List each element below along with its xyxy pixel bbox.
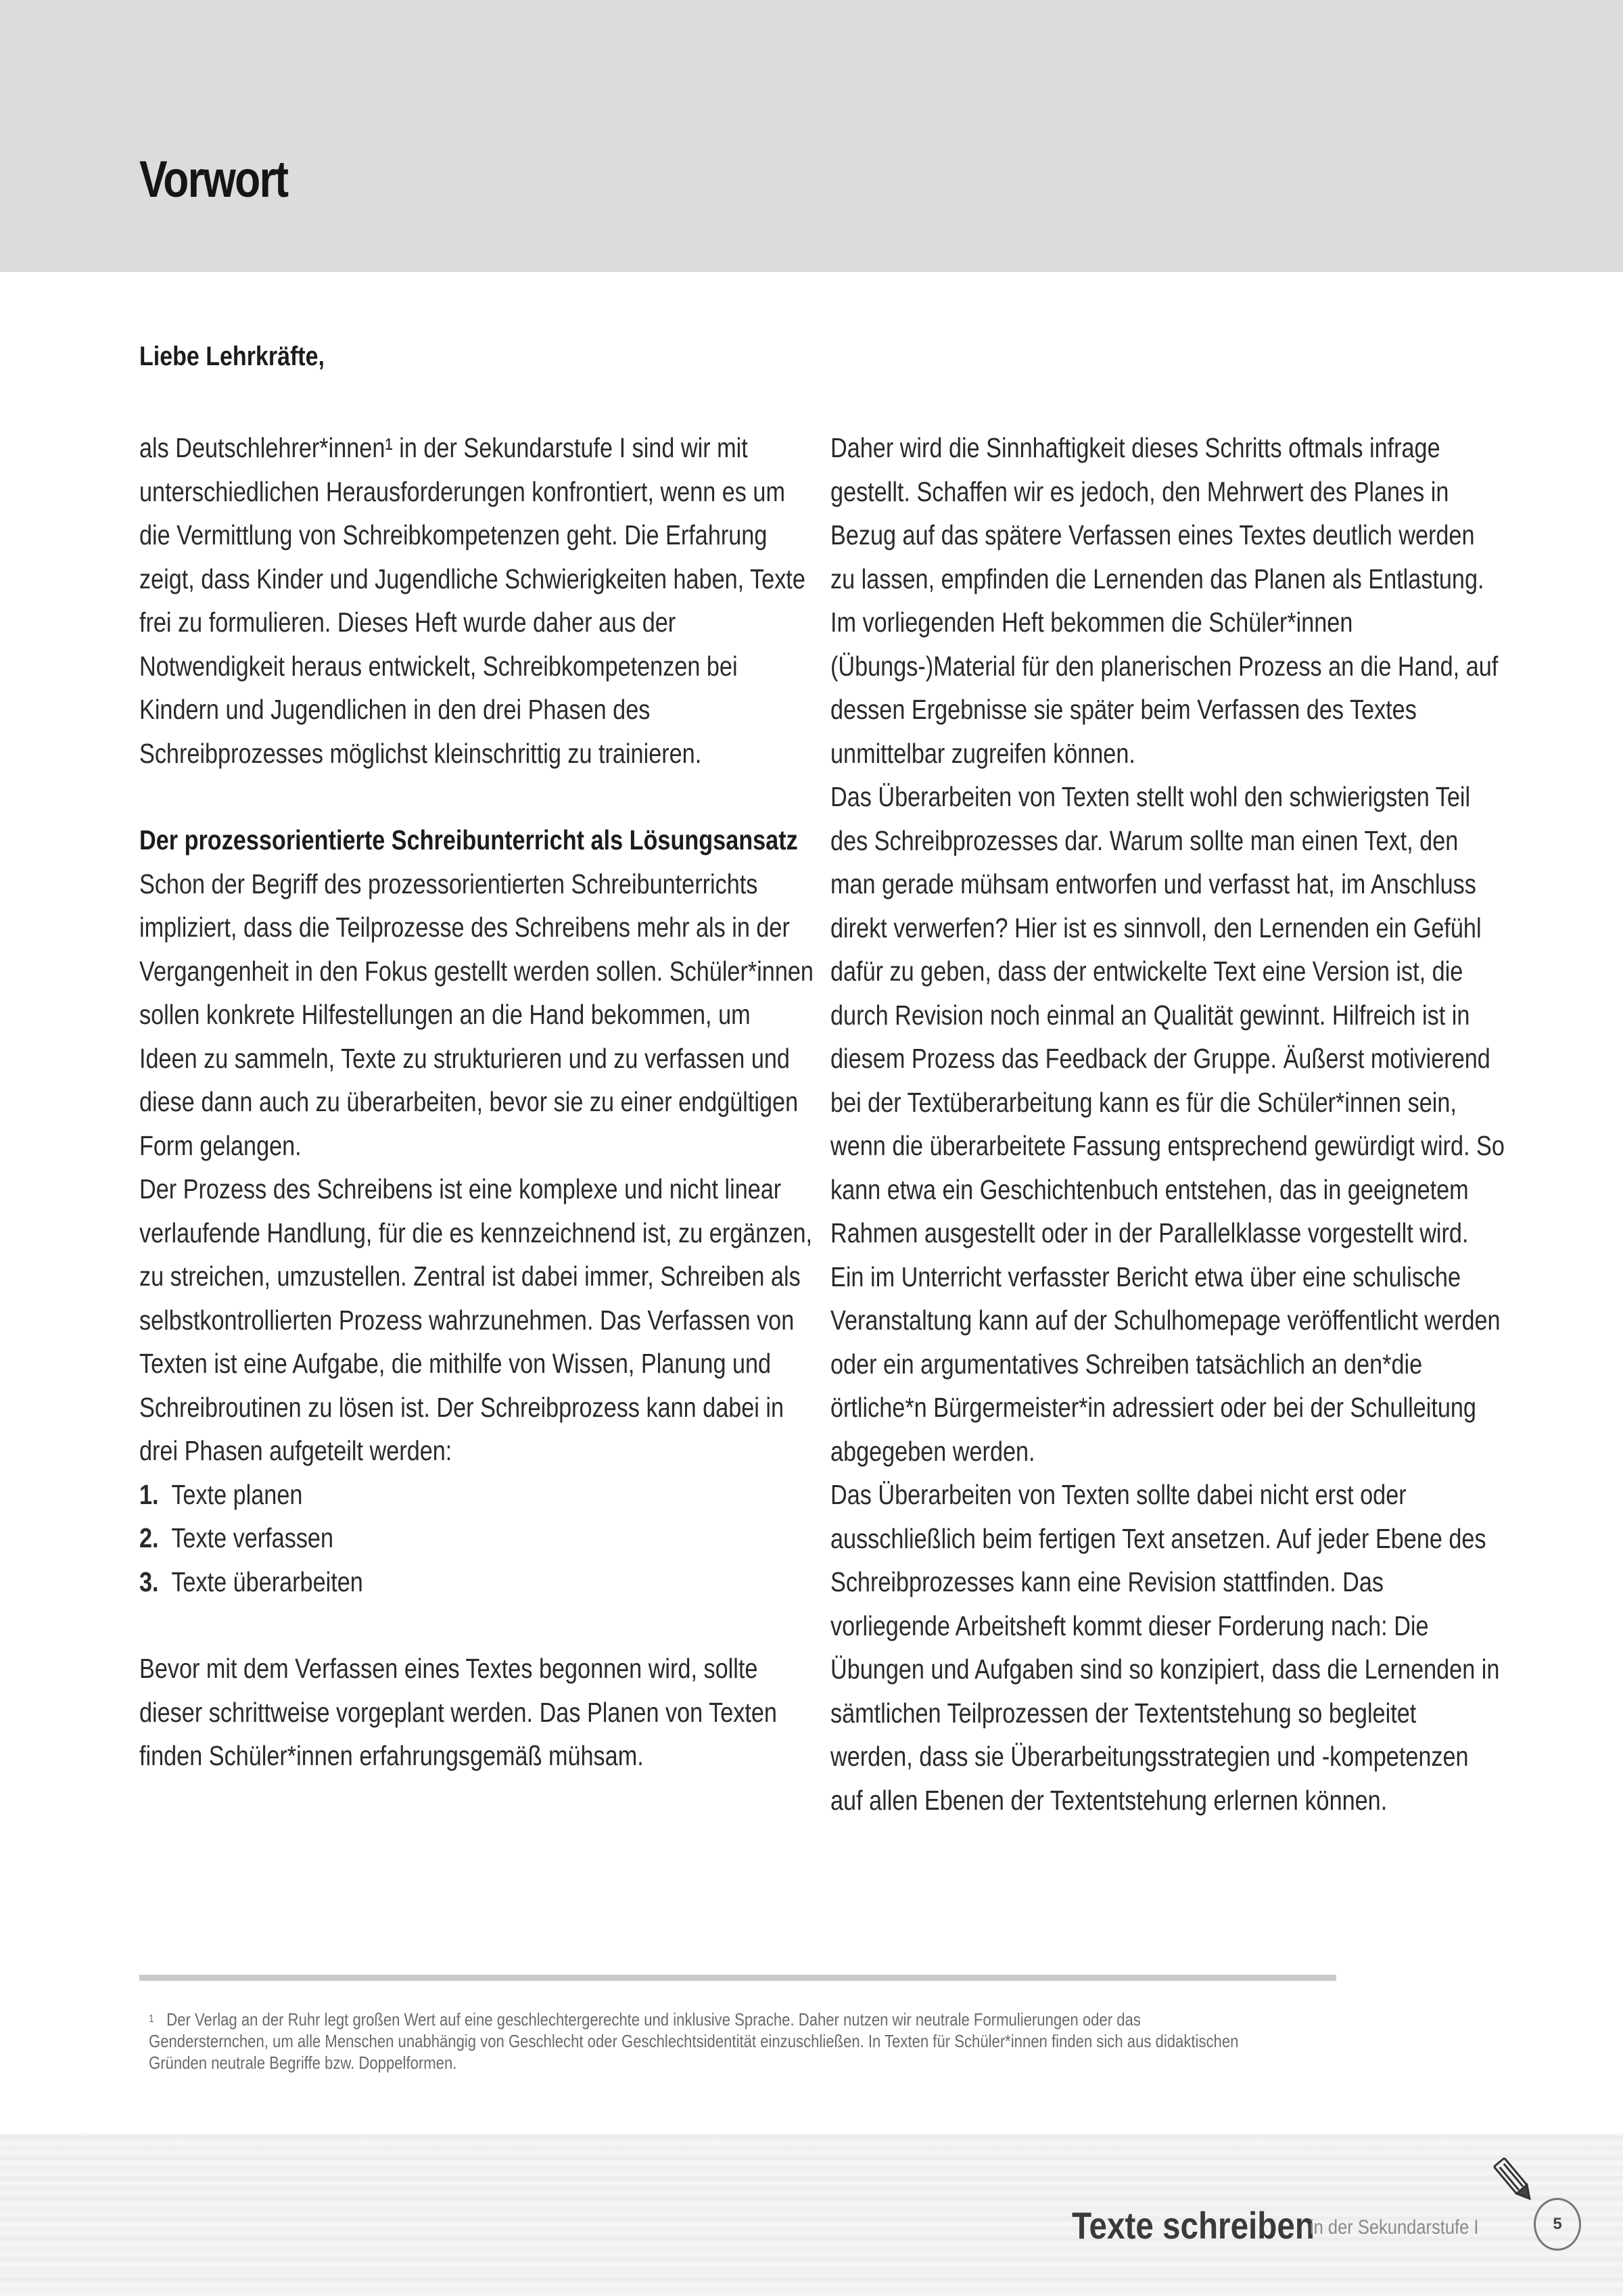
paragraph: Das Überarbeiten von Texten stellt wohl … [830,775,1505,1473]
header-band [0,0,1623,272]
footnote: 1Der Verlag an der Ruhr legt großen Wert… [149,2009,1241,2074]
pencil-icon [1488,2154,1542,2208]
list-label: Texte überarbeiten [171,1560,362,1604]
section-heading: Der prozessorientierte Schreibunterricht… [139,818,814,862]
footer-book-title: Texte schreiben [1072,2203,1315,2247]
footnote-marker: 1 [149,2013,154,2025]
left-column: als Deutschlehrer*innen¹ in der Sekundar… [139,426,814,1778]
list-item: 3. Texte überarbeiten [139,1560,814,1604]
footer-band [0,2134,1623,2296]
page-number: 5 [1534,2198,1581,2251]
paragraph: Das Überarbeiten von Texten sollte dabei… [830,1473,1505,1822]
intro-paragraph: als Deutschlehrer*innen¹ in der Sekundar… [139,426,814,775]
list-label: Texte planen [171,1473,302,1517]
phase-list: 1. Texte planen 2. Texte verfassen 3. Te… [139,1473,814,1604]
footer-book-subtitle: in der Sekundarstufe I [1310,2216,1478,2239]
list-label: Texte verfassen [171,1516,333,1560]
paragraph: Schon der Begriff des prozessorientierte… [139,862,814,1168]
paragraph: Der Prozess des Schreibens ist eine komp… [139,1167,814,1473]
page-title: Vorwort [139,150,287,209]
list-item: 2. Texte verfassen [139,1516,814,1560]
paragraph: Daher wird die Sinnhaftigkeit dieses Sch… [830,426,1505,775]
footnote-text: Der Verlag an der Ruhr legt großen Wert … [149,2009,1238,2073]
list-number: 3. [139,1560,171,1604]
right-column: Daher wird die Sinnhaftigkeit dieses Sch… [830,426,1505,1822]
list-item: 1. Texte planen [139,1473,814,1517]
list-number: 1. [139,1473,171,1517]
footnote-divider [139,1975,1336,1981]
paragraph: Bevor mit dem Verfassen eines Textes beg… [139,1647,814,1778]
list-number: 2. [139,1516,171,1560]
salutation: Liebe Lehrkräfte, [139,342,325,372]
